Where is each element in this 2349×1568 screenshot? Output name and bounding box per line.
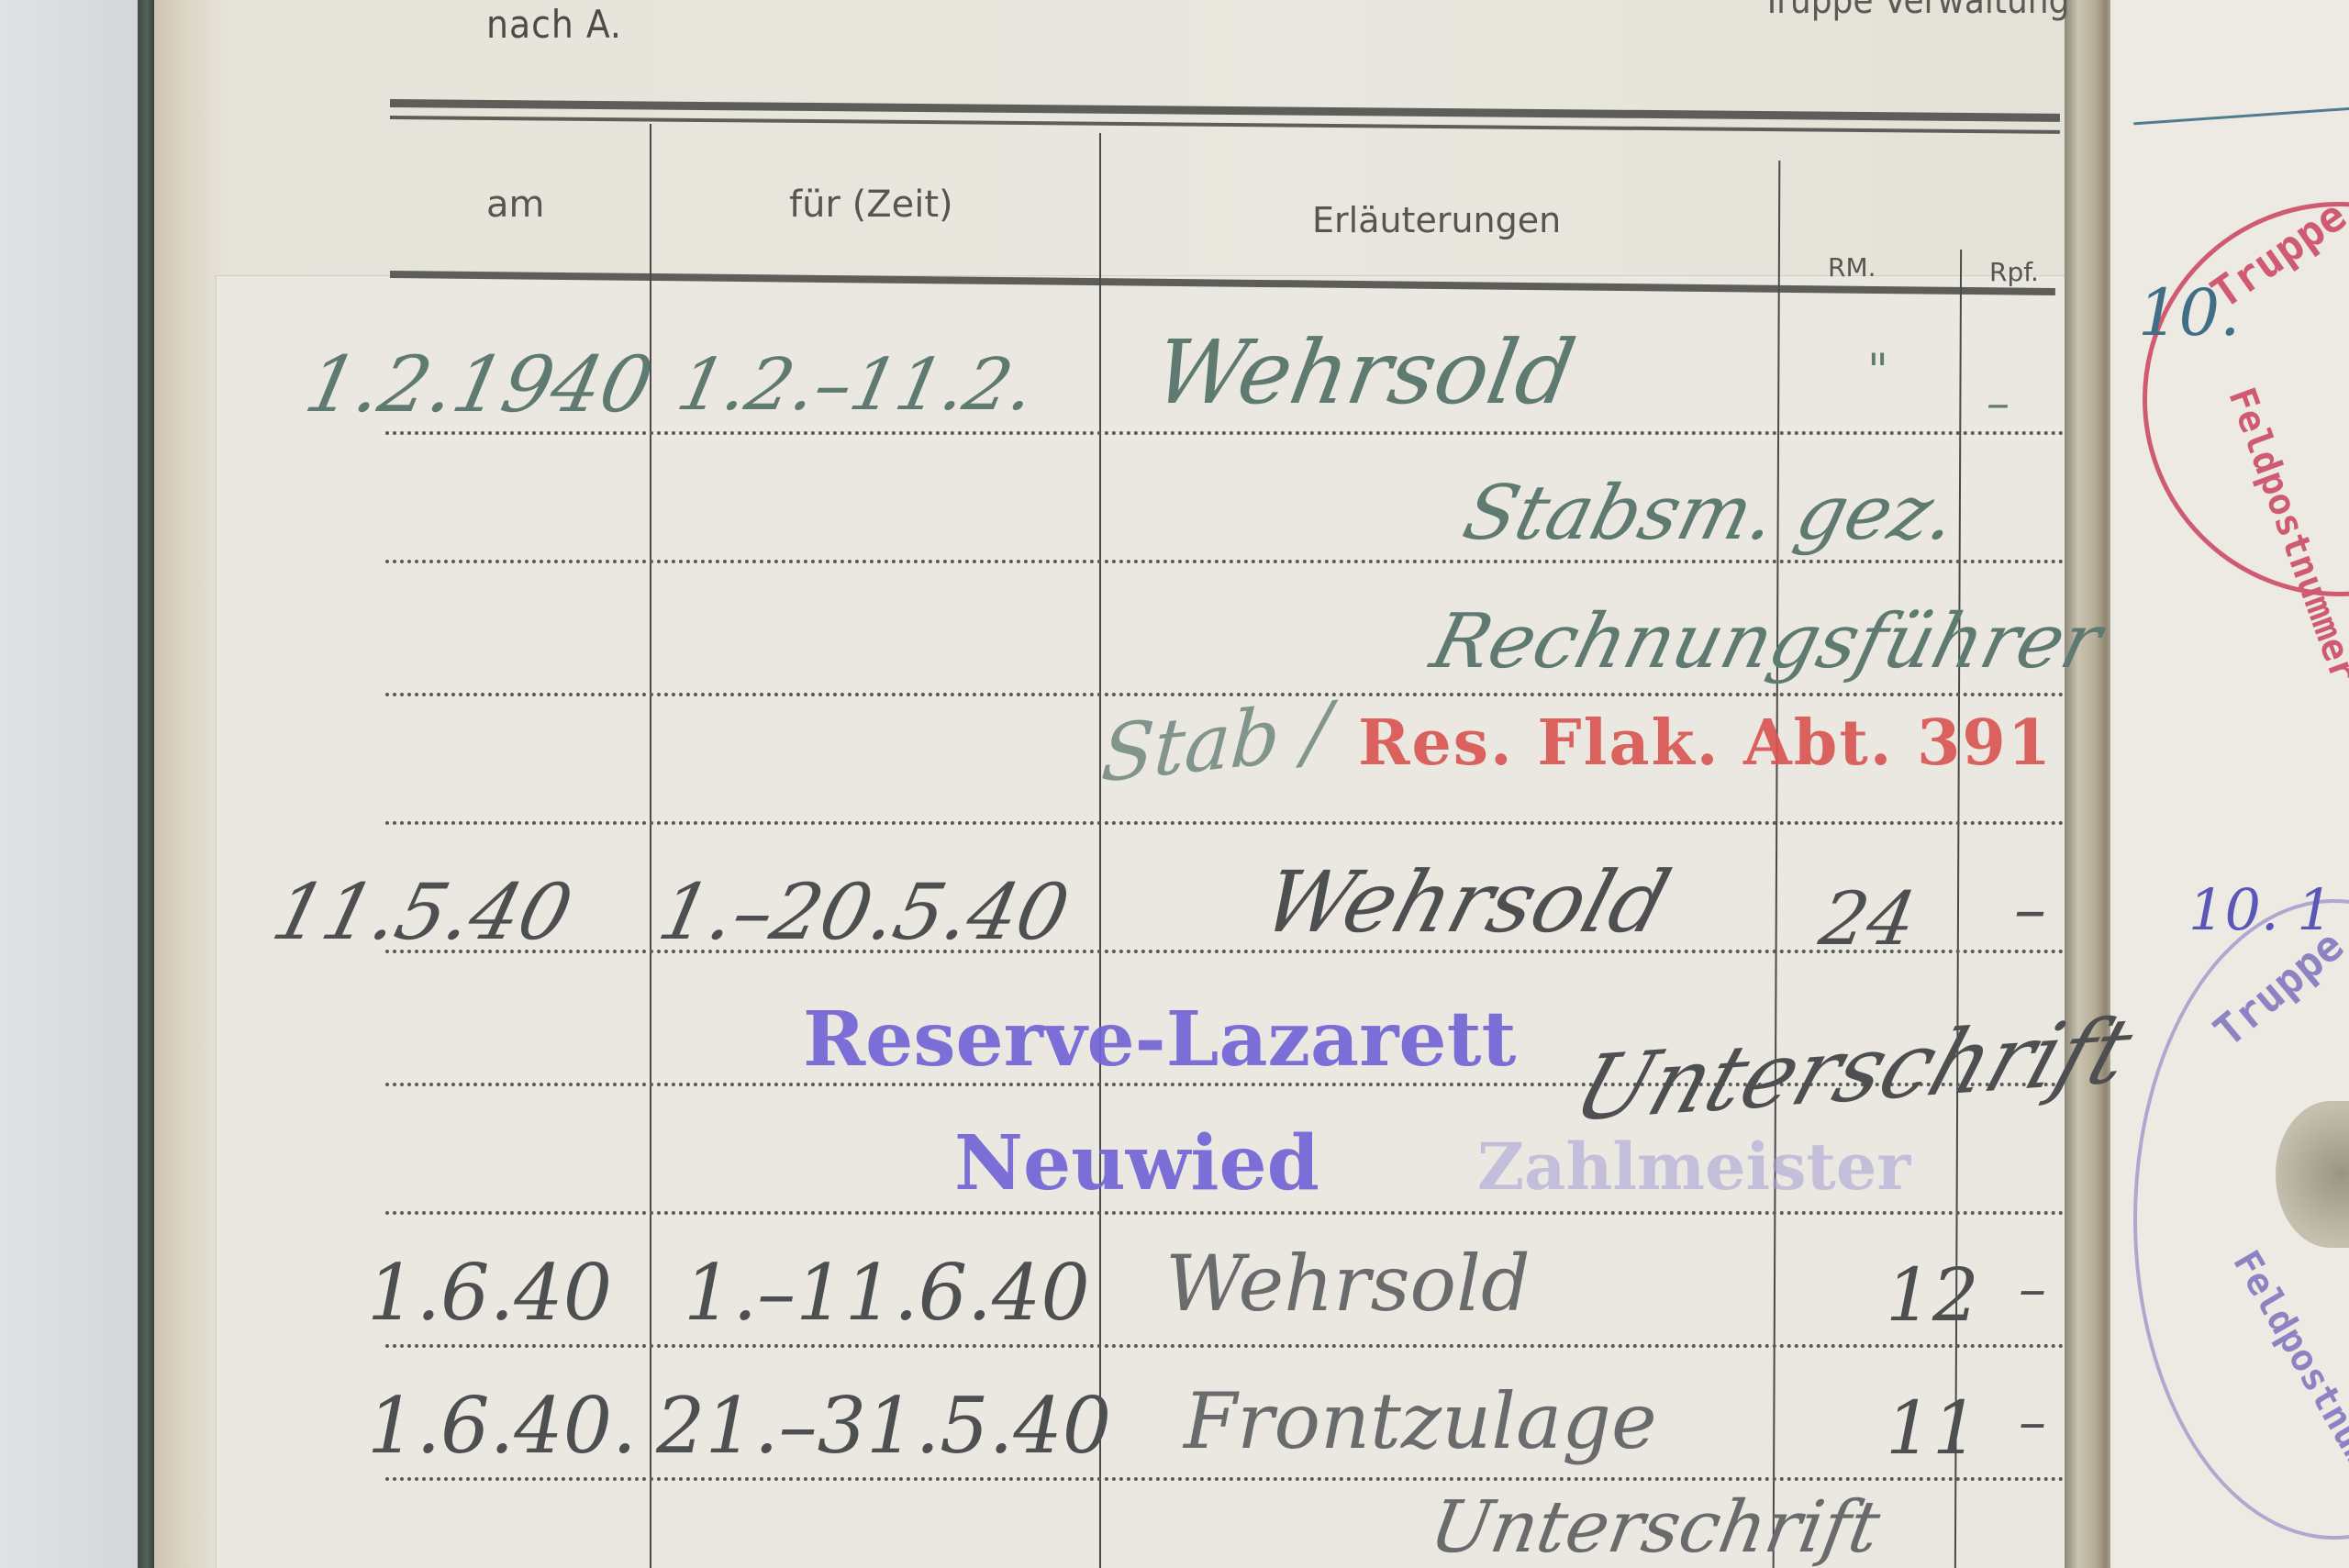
row5-rm: 11 (1886, 1385, 1979, 1471)
row1-erlaeuterung: Wehrsold (1147, 321, 1582, 424)
row4-rm: 12 (1886, 1252, 1979, 1338)
row5-fuer-zeit: 21.–31.5.40 (656, 1381, 1111, 1471)
header-am: am (486, 183, 544, 226)
background-surface (0, 0, 147, 1568)
row4-erlaeuterung: Wehrsold (1165, 1239, 1531, 1329)
row-line (385, 431, 2065, 435)
row3-rm: 24 (1814, 876, 1922, 962)
row1-am: 1.2.1940 (298, 339, 661, 429)
row4-fuer-zeit: 1.–11.6.40 (684, 1248, 1090, 1338)
header-rm: RM. (1828, 252, 1876, 283)
row-line (385, 1211, 2065, 1215)
row5-am: 1.6.40. (367, 1381, 637, 1471)
row5-rpf: – (2019, 1390, 2046, 1454)
row3-rpf: – (2014, 872, 2046, 947)
hospital-stamp-line2: Neuwied (954, 1119, 1319, 1207)
right-date-2: 10. 1 (2188, 876, 2333, 943)
booklet-cover-edge (138, 0, 156, 1568)
paymaster-stamp: Zahlmeister (1477, 1129, 1910, 1205)
row1-rm: " (1867, 344, 1888, 397)
row3-erlaeuterung: Wehrsold (1252, 853, 1680, 951)
header-erlaeuterungen: Erläuterungen (1312, 200, 1561, 240)
row5-erlaeuterung: Frontzulage (1184, 1376, 1657, 1466)
row4-rpf: – (2019, 1257, 2046, 1321)
column-divider-2 (1099, 133, 1101, 1568)
row-line (385, 1477, 2065, 1481)
row1-fuer-zeit: 1.2.–11.2. (670, 344, 1041, 427)
signature-2: Unterschrift (1424, 1486, 1886, 1568)
right-date-1: 10. (2138, 275, 2240, 350)
row3-am: 11.5.40 (264, 867, 581, 957)
row2-note: Stabsm. gez. Rechnungsführer (1418, 450, 2069, 706)
header-rpf: Rpf. (1989, 257, 2039, 287)
row1-rpf: – (1987, 376, 2009, 429)
row-line (385, 950, 2065, 953)
header-fuer-zeit: für (Zeit) (789, 183, 953, 226)
unit-stamp: Res. Flak. Abt. 391 (1358, 706, 2053, 780)
row-line (385, 1344, 2065, 1348)
top-cut-text: Truppe Verwaltung (1762, 0, 2069, 22)
row3-fuer-zeit: 1.–20.5.40 (651, 867, 1077, 957)
row-line (385, 821, 2065, 825)
hospital-stamp-line1: Reserve-Lazarett (803, 995, 1516, 1084)
row4-am: 1.6.40 (367, 1248, 612, 1338)
top-printed-text: nach A. (486, 2, 622, 47)
